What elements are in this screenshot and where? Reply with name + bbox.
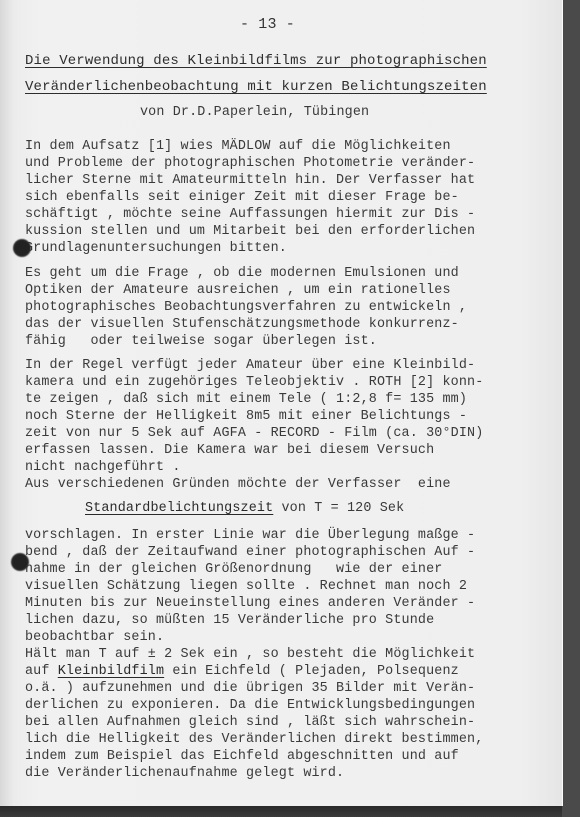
text-fragment: ein Eichfeld ( Plejaden, Polsequenz — [164, 664, 459, 679]
text-line: Optiken der Amateure ausreichen , um ein… — [25, 282, 451, 299]
text-line: fähig oder teilweise sogar überlegen ist… — [25, 333, 377, 350]
text-line: nahme in der gleichen Größenordnung wie … — [25, 561, 442, 578]
standard-exposure-value: von T = 120 Sek — [273, 501, 404, 516]
text-fragment: auf — [25, 664, 58, 679]
text-line: In der Regel verfügt jeder Amateur über … — [25, 357, 475, 374]
text-line: lichen dazu, so müßten 15 Veränderliche … — [25, 612, 434, 629]
text-line: nicht nachgeführt . — [25, 459, 181, 476]
author-line: von Dr.D.Paperlein, Tübingen — [140, 104, 369, 121]
text-line: das der visuellen Stufenschätzungsmethod… — [25, 316, 459, 333]
text-line: te zeigen , daß sich mit einem Tele ( 1:… — [25, 391, 467, 408]
text-line: sich ebenfalls seit einiger Zeit mit die… — [25, 189, 459, 206]
text-line: die Veränderlichenaufnahme gelegt wird. — [25, 765, 344, 782]
text-line: schäftigt , möchte seine Auffassungen hi… — [25, 206, 475, 223]
punch-hole-icon — [11, 553, 29, 571]
text-line: und Probleme der photographischen Photom… — [25, 155, 475, 172]
text-line: Grundlagenuntersuchungen bitten. — [25, 240, 287, 257]
title-line-2: Veränderlichenbeobachtung mit kurzen Bel… — [25, 79, 487, 96]
page-number: - 13 - — [240, 16, 295, 33]
text-line: indem zum Beispiel das Eichfeld abgeschn… — [25, 748, 459, 765]
text-line: bend , daß der Zeitaufwand einer photogr… — [25, 544, 475, 561]
text-line: licher Sterne mit Amateurmitteln hin. De… — [25, 172, 475, 189]
standard-exposure-term: Standardbelichtungszeit — [85, 501, 273, 516]
text-line: erfassen lassen. Die Kamera war bei dies… — [25, 442, 434, 459]
text-line: vorschlagen. In erster Linie war die Übe… — [25, 527, 475, 544]
text-line: In dem Aufsatz [1] wies MÄDLOW auf die M… — [25, 138, 451, 155]
text-line: Minuten bis zur Neueinstellung eines and… — [25, 595, 475, 612]
text-line: Hält man T auf ± 2 Sek ein , so besteht … — [25, 646, 475, 663]
text-line: zeit von nur 5 Sek auf AGFA - RECORD - F… — [25, 425, 483, 442]
text-line: noch Sterne der Helligkeit 8m5 mit einer… — [25, 408, 467, 425]
text-line: visuellen Schätzung liegen sollte . Rech… — [25, 578, 467, 595]
text-line: o.ä. ) aufzunehmen und die übrigen 35 Bi… — [25, 680, 475, 697]
text-line: photographisches Beobachtungsverfahren z… — [25, 299, 467, 316]
text-line: beobachtbar sein. — [25, 629, 164, 646]
text-line: kussion stellen und um Mitarbeit bei den… — [25, 223, 475, 240]
title-line-1: Die Verwendung des Kleinbildfilms zur ph… — [25, 53, 487, 70]
text-line: derlichen zu exponieren. Da die Entwickl… — [25, 697, 475, 714]
text-line: lich die Helligkeit des Veränderlichen d… — [25, 731, 483, 748]
kleinbildfilm-underlined: Kleinbildfilm — [58, 664, 164, 679]
text-line: auf Kleinbildfilm ein Eichfeld ( Plejade… — [25, 663, 459, 680]
text-line: kamera und ein zugehöriges Teleobjektiv … — [25, 374, 483, 391]
text-line: Aus verschiedenen Gründen möchte der Ver… — [25, 476, 451, 493]
text-line: Es geht um die Frage , ob die modernen E… — [25, 265, 459, 282]
document-page: - 13 - Die Verwendung des Kleinbildfilms… — [0, 0, 563, 806]
centered-heading: Standardbelichtungszeit von T = 120 Sek — [85, 500, 404, 517]
text-line: bei allen Aufnahmen gleich sind , läßt s… — [25, 714, 475, 731]
punch-hole-icon — [13, 239, 31, 257]
